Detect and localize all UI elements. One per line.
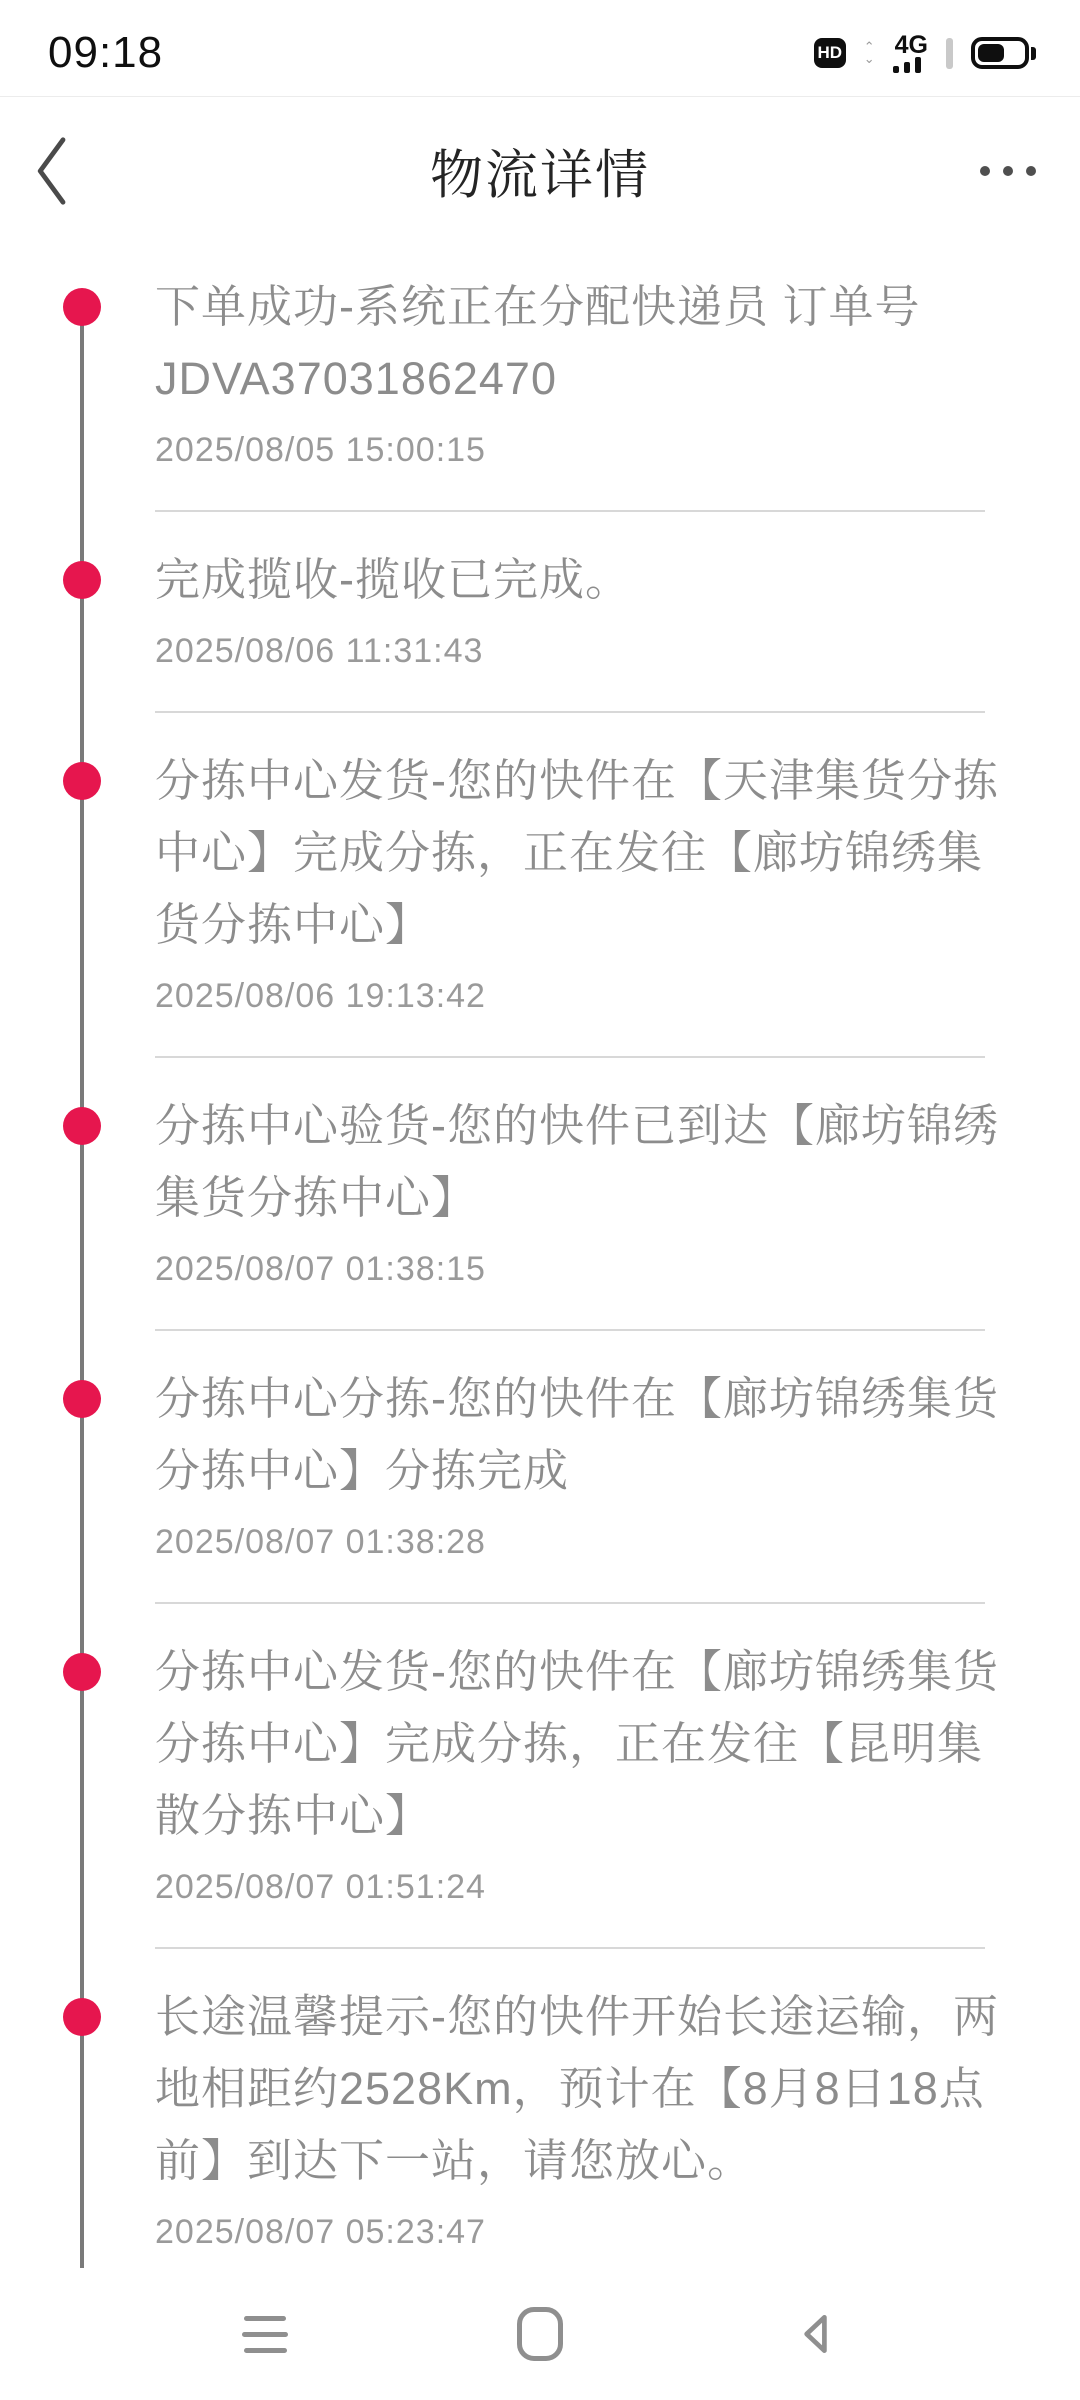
event-timestamp: 2025/08/07 01:38:28 bbox=[155, 1520, 1010, 1564]
hd-badge-icon: HD bbox=[814, 38, 846, 68]
battery-icon bbox=[971, 37, 1036, 69]
home-icon bbox=[517, 2307, 563, 2361]
timeline-event: 分拣中心发货-您的快件在【廊坊锦绣集货分拣中心】完成分拣，正在发往【昆明集散分拣… bbox=[155, 1636, 1010, 1949]
network-type-label: 4G bbox=[895, 33, 928, 57]
timeline-event: 分拣中心验货-您的快件已到达【廊坊锦绣集货分拣中心】 2025/08/07 01… bbox=[155, 1090, 1010, 1331]
timeline-event: 长途温馨提示-您的快件开始长途运输，两地相距约2528Km，预计在【8月8日18… bbox=[155, 1981, 1010, 2254]
event-divider bbox=[155, 1329, 985, 1331]
timeline-rail bbox=[80, 309, 84, 2270]
back-button[interactable] bbox=[34, 131, 94, 211]
event-description: 分拣中心分拣-您的快件在【廊坊锦绣集货分拣中心】分拣完成 bbox=[155, 1363, 1010, 1507]
event-description: 分拣中心发货-您的快件在【廊坊锦绣集货分拣中心】完成分拣，正在发往【昆明集散分拣… bbox=[155, 1636, 1010, 1852]
timeline-node-dot bbox=[63, 561, 101, 599]
app-header: 物流详情 bbox=[0, 97, 1080, 245]
tracking-timeline: 下单成功-系统正在分配快递员 订单号JDVA37031862470 2025/0… bbox=[0, 245, 1080, 2284]
timeline-event: 分拣中心发货-您的快件在【天津集货分拣中心】完成分拣，正在发往【廊坊锦绣集货分拣… bbox=[155, 745, 1010, 1058]
recents-button[interactable] bbox=[128, 2268, 403, 2400]
event-description: 长途温馨提示-您的快件开始长途运输，两地相距约2528Km，预计在【8月8日18… bbox=[155, 1981, 1010, 2197]
recents-icon bbox=[242, 2316, 288, 2353]
event-description: 分拣中心验货-您的快件已到达【廊坊锦绣集货分拣中心】 bbox=[155, 1090, 1010, 1234]
event-divider bbox=[155, 1947, 985, 1949]
timeline-node-dot bbox=[63, 1107, 101, 1145]
chevron-left-icon bbox=[34, 135, 68, 207]
back-triangle-icon bbox=[795, 2310, 835, 2358]
signal-bar-empty-icon bbox=[946, 38, 953, 69]
event-timestamp: 2025/08/07 01:51:24 bbox=[155, 1865, 1010, 1909]
more-dot-icon bbox=[1003, 166, 1013, 176]
signal-bars-icon bbox=[893, 57, 921, 73]
back-nav-button[interactable] bbox=[677, 2268, 952, 2400]
down-arrow-icon: ⌄ bbox=[864, 54, 875, 64]
timeline-event: 分拣中心分拣-您的快件在【廊坊锦绣集货分拣中心】分拣完成 2025/08/07 … bbox=[155, 1363, 1010, 1604]
timeline-node-dot bbox=[63, 1998, 101, 2036]
timeline-node-dot bbox=[63, 1653, 101, 1691]
timeline-node-dot bbox=[63, 1380, 101, 1418]
event-timestamp: 2025/08/06 11:31:43 bbox=[155, 629, 1010, 673]
event-timestamp: 2025/08/07 01:38:15 bbox=[155, 1247, 1010, 1291]
event-timestamp: 2025/08/05 15:00:15 bbox=[155, 428, 1010, 472]
event-divider bbox=[155, 510, 985, 512]
status-clock: 09:18 bbox=[48, 28, 163, 78]
more-dot-icon bbox=[980, 166, 990, 176]
home-button[interactable] bbox=[403, 2268, 678, 2400]
event-description: 完成揽收-揽收已完成。 bbox=[155, 544, 1010, 616]
timeline-node-dot bbox=[63, 288, 101, 326]
more-options-button[interactable] bbox=[978, 152, 1038, 190]
event-timestamp: 2025/08/07 05:23:47 bbox=[155, 2210, 1010, 2254]
timeline-node-dot bbox=[63, 762, 101, 800]
timeline-event: 完成揽收-揽收已完成。 2025/08/06 11:31:43 bbox=[155, 544, 1010, 713]
more-dot-icon bbox=[1026, 166, 1036, 176]
event-description: 分拣中心发货-您的快件在【天津集货分拣中心】完成分拣，正在发往【廊坊锦绣集货分拣… bbox=[155, 745, 1010, 961]
phone-screen: 09:18 HD ⌃ ⌄ 4G bbox=[0, 0, 1080, 2400]
status-icons: HD ⌃ ⌄ 4G bbox=[814, 33, 1036, 73]
cellular-signal-icon: 4G bbox=[893, 33, 928, 73]
event-divider bbox=[155, 1602, 985, 1604]
event-description: 下单成功-系统正在分配快递员 订单号JDVA37031862470 bbox=[155, 271, 1010, 415]
event-timestamp: 2025/08/06 19:13:42 bbox=[155, 974, 1010, 1018]
event-divider bbox=[155, 1056, 985, 1058]
timeline-event: 下单成功-系统正在分配快递员 订单号JDVA37031862470 2025/0… bbox=[155, 271, 1010, 512]
event-divider bbox=[155, 711, 985, 713]
system-nav-bar bbox=[0, 2268, 1080, 2400]
status-bar: 09:18 HD ⌃ ⌄ 4G bbox=[0, 0, 1080, 96]
page-title: 物流详情 bbox=[430, 133, 650, 209]
data-transfer-arrows-icon: ⌃ ⌄ bbox=[864, 42, 875, 64]
